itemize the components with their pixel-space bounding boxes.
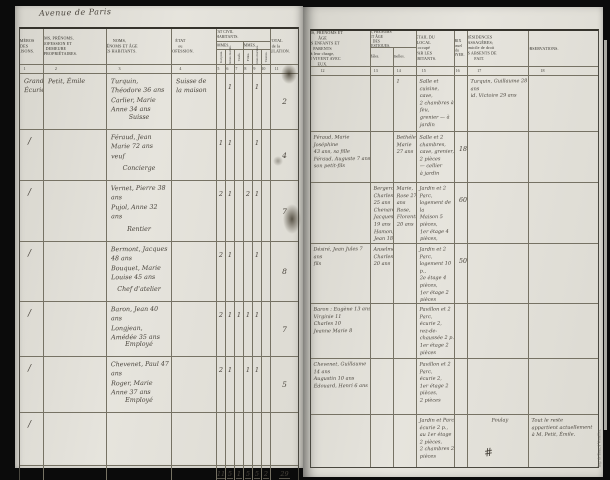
cell-habitants bbox=[107, 413, 172, 465]
col-num: 14 bbox=[394, 67, 417, 75]
cell-residences: Foulay # bbox=[468, 415, 529, 467]
ink-stain bbox=[273, 156, 283, 166]
cell-residences bbox=[468, 359, 529, 414]
header-sub-veufs: Veufs. bbox=[235, 50, 244, 64]
cell-mark bbox=[235, 242, 244, 301]
cell-proprietaire: Petit, Émile bbox=[44, 74, 107, 129]
cell-mark bbox=[235, 357, 244, 412]
cell-local: Jardin et Parc, écurie 2 p., au 1er étag… bbox=[417, 415, 455, 467]
cell-enfants: Baron : Eugène 13 ans Virginie 11 Charle… bbox=[311, 304, 371, 358]
cell-maison: / bbox=[20, 181, 44, 241]
cell-total: 7 bbox=[271, 302, 298, 356]
col-num: 2 bbox=[44, 65, 107, 73]
cell-habitants: Féraud, Jean Marie 72 ans veufConcierge bbox=[107, 130, 172, 180]
cell-mark: 1 bbox=[253, 357, 262, 412]
cell-habitants: Bermont, Jacques 48 ans Bouquet, Marie L… bbox=[107, 242, 172, 301]
cell-col-total: 11 bbox=[217, 466, 226, 480]
cell-proprietaire bbox=[44, 302, 107, 356]
cell-dom-femelles bbox=[394, 244, 417, 303]
cell-dom-males: Anselme, Charles 20 ans bbox=[371, 244, 394, 303]
col-num: 17 bbox=[468, 67, 529, 75]
cell-local: Pavillon et 2 Parc, écurie 2, 1er étage … bbox=[417, 359, 455, 414]
printer-imprint: Imp. de Beau, à Versailles. bbox=[597, 429, 601, 467]
cell-blank bbox=[44, 466, 107, 480]
cell-etat bbox=[172, 357, 217, 412]
cell-mark bbox=[262, 130, 271, 180]
cell-col-total: 5 bbox=[244, 466, 253, 480]
cell-enfants bbox=[311, 415, 371, 467]
cell-total bbox=[271, 413, 298, 465]
col-num: 10 bbox=[262, 65, 271, 73]
cell-residences bbox=[468, 132, 529, 182]
col-num: 6 bbox=[226, 65, 235, 73]
col-num: 3 bbox=[107, 65, 172, 73]
header-detail-local: DÉTAIL DU LOCAL occupé PAR LES HABITANTS… bbox=[417, 31, 455, 66]
header-enfants: NOMS, PRÉNOMS ET ÂGE DES ENFANTS ET PARE… bbox=[311, 31, 371, 66]
header-sub-veuves: Veuves. bbox=[262, 50, 270, 64]
cell-blank bbox=[20, 466, 44, 480]
cell-observations bbox=[529, 76, 598, 131]
cell-residences: Turquin, Guillaume 28 ans id. Victoire 2… bbox=[468, 76, 529, 131]
census-page-right: NOMS, PRÉNOMS ET ÂGE DES ENFANTS ET PARE… bbox=[303, 7, 603, 477]
cell-dom-femelles: 1 bbox=[394, 76, 417, 131]
header-row: NUMÉROS DES MAISONS. NOMS, PRÉNOMS, PROF… bbox=[20, 29, 298, 65]
cell-dom-males bbox=[371, 76, 394, 131]
cell-mark: 1 bbox=[253, 74, 262, 129]
cell-maison: / bbox=[20, 413, 44, 465]
cell-mark: 1 bbox=[253, 242, 262, 301]
cell-habitants: Turquin, Théodore 36 ans Carlier, Marie … bbox=[107, 74, 172, 129]
cell-maison: / bbox=[20, 302, 44, 356]
header-etat-profession: ÉTAT ou PROFESSION. bbox=[172, 29, 217, 64]
cell-loyer: 180 bbox=[455, 132, 468, 182]
header-residences: RÉSIDENCES PASSAGÈRES; domicile de droit… bbox=[468, 31, 529, 66]
column-numbers-row: 1 2 3 4 5 6 7 8 9 10 11 bbox=[20, 65, 298, 74]
cell-maison: / bbox=[20, 357, 44, 412]
cell-habitants: Chevenet, Paul 47 ans Roger, Marie Anne … bbox=[107, 357, 172, 412]
cell-loyer bbox=[455, 359, 468, 414]
census-row: / Vernet, Pierre 38 ans Pujol, Anne 32 a… bbox=[20, 181, 298, 242]
cell-dom-males bbox=[371, 132, 394, 182]
scanned-census-photo: Avenue de Paris NUMÉROS DES MAISONS. NOM… bbox=[0, 0, 610, 480]
col-num: 13 bbox=[371, 67, 394, 75]
cell-local: Jardin et 2 Parc, logement 10 p., 2e éta… bbox=[417, 244, 455, 303]
census-row: / Baron, Jean 40 ans Longjean, Amédée 35… bbox=[20, 302, 298, 357]
col-num: 4 bbox=[172, 65, 217, 73]
header-habitants: NOMS, PRÉNOMS ET ÂGE DES HABITANTS. bbox=[107, 29, 172, 64]
col-num: 12 bbox=[311, 67, 371, 75]
cell-mark: 1 bbox=[226, 130, 235, 180]
census-row: / bbox=[20, 413, 298, 466]
cell-total: 8 bbox=[271, 242, 298, 301]
col-num: 1 bbox=[20, 65, 44, 73]
cell-habitants: Baron, Jean 40 ans Longjean, Amédée 35 a… bbox=[107, 302, 172, 356]
cell-maison: / bbox=[20, 130, 44, 180]
cell-proprietaire bbox=[44, 242, 107, 301]
cell-proprietaire bbox=[44, 413, 107, 465]
cell-mark: 1 bbox=[253, 130, 262, 180]
cell-enfants bbox=[311, 183, 371, 243]
cell-mark bbox=[217, 413, 226, 465]
header-proprietaires: NOMS, PRÉNOMS, PROFESSION ET DEMEURE DES… bbox=[44, 29, 107, 64]
cell-proprietaire bbox=[44, 181, 107, 241]
cell-proprietaire bbox=[44, 130, 107, 180]
cell-mark: 1 bbox=[253, 302, 262, 356]
cell-enfants: Désiré, Jean Jules 7 ans fils bbox=[311, 244, 371, 303]
cell-mark bbox=[262, 74, 271, 129]
census-table-right: NOMS, PRÉNOMS ET ÂGE DES ENFANTS ET PARE… bbox=[310, 29, 599, 468]
cell-dom-femelles bbox=[394, 359, 417, 414]
cell-dom-femelles bbox=[394, 304, 417, 358]
cell-mark: 1 bbox=[226, 242, 235, 301]
cell-mark bbox=[217, 74, 226, 129]
cell-residences bbox=[468, 183, 529, 243]
cell-mark: 1 bbox=[226, 74, 235, 129]
cell-local: Salle et cuisine, cave, 2 chambres à feu… bbox=[417, 76, 455, 131]
cell-dom-males bbox=[371, 304, 394, 358]
census-row: Bergerol, Charles 25 ans Chenard, Jacque… bbox=[311, 183, 598, 244]
cell-mark: 1 bbox=[235, 302, 244, 356]
cell-mark bbox=[262, 302, 271, 356]
col-num: 15 bbox=[417, 67, 455, 75]
cell-etat bbox=[172, 413, 217, 465]
header-observations: OBSERVATIONS. bbox=[529, 31, 598, 66]
cell-proprietaire bbox=[44, 357, 107, 412]
cell-mark bbox=[235, 74, 244, 129]
cell-dom-femelles: Marie, Rose 27 ans Rose, Florentine 20 a… bbox=[394, 183, 417, 243]
cell-residences bbox=[468, 304, 529, 358]
cell-col-total: 2 bbox=[262, 466, 271, 480]
cell-mark bbox=[262, 242, 271, 301]
census-row: Baron : Eugène 13 ans Virginie 11 Charle… bbox=[311, 304, 598, 359]
cell-maison: / bbox=[20, 242, 44, 301]
col-num: 16 bbox=[455, 67, 468, 75]
cell-local: Jardin et 2 Parc, logement de la Maison … bbox=[417, 183, 455, 243]
header-domestiques: NOMS, PRÉNOMS ET ÂGE DES DOMESTIQUES. Mâ… bbox=[371, 31, 417, 66]
cell-dom-males bbox=[371, 415, 394, 467]
col-num: 7 bbox=[235, 65, 244, 73]
header-prix-loyer: PRIX annuel du LOYER. bbox=[455, 31, 468, 66]
census-table-left: NUMÉROS DES MAISONS. NOMS, PRÉNOMS, PROF… bbox=[19, 27, 299, 480]
cell-col-total: 1 bbox=[235, 466, 244, 480]
header-etat-civil: ÉTAT CIVIL DES HABITANTS. HOMMES. FEMMES… bbox=[217, 29, 271, 64]
census-row: Chevenet, Guillaume 14 ans Augustin 10 a… bbox=[311, 359, 598, 415]
column-numbers-row: 12 13 14 15 16 17 18 bbox=[311, 67, 598, 76]
cell-mark: 2 bbox=[244, 181, 253, 241]
cell-grand-total: 29 bbox=[271, 466, 298, 480]
cell-mark: 1 bbox=[244, 302, 253, 356]
cell-loyer: 600 bbox=[455, 183, 468, 243]
cell-mark: 1 bbox=[253, 181, 262, 241]
cell-observations bbox=[529, 244, 598, 303]
cell-col-total: 5 bbox=[253, 466, 262, 480]
header-dom-males: Mâles. bbox=[371, 48, 394, 66]
cell-observations bbox=[529, 359, 598, 414]
col-num: 9 bbox=[253, 65, 262, 73]
cell-dom-femelles: Bethélemy, Marie 27 ans bbox=[394, 132, 417, 182]
header-row: NOMS, PRÉNOMS ET ÂGE DES ENFANTS ET PARE… bbox=[311, 31, 598, 67]
cell-etat bbox=[172, 130, 217, 180]
cell-etat bbox=[172, 302, 217, 356]
header-maisons: NUMÉROS DES MAISONS. bbox=[20, 29, 44, 64]
cell-enfants bbox=[311, 76, 371, 131]
cell-mark bbox=[244, 74, 253, 129]
census-row: Grande Écurie Petit, Émile Turquin, Théo… bbox=[20, 74, 298, 130]
header-dom-femelles: Femelles. bbox=[394, 48, 416, 66]
next-page-edge bbox=[604, 40, 607, 430]
header-total: TOTAL de la POPULATION. bbox=[271, 29, 298, 64]
cell-mark: 2 bbox=[217, 242, 226, 301]
cell-mark bbox=[235, 181, 244, 241]
ink-stain bbox=[281, 64, 297, 84]
census-row: / Bermont, Jacques 48 ans Bouquet, Marie… bbox=[20, 242, 298, 302]
cell-mark bbox=[253, 413, 262, 465]
cell-observations bbox=[529, 183, 598, 243]
cell-loyer bbox=[455, 415, 468, 467]
cell-total: 5 bbox=[271, 357, 298, 412]
cell-mark bbox=[262, 357, 271, 412]
cell-mark: 1 bbox=[226, 357, 235, 412]
cell-observations bbox=[529, 304, 598, 358]
cell-mark bbox=[226, 413, 235, 465]
cell-local: Salle et 2 chambres, cave, grenier, 2 pi… bbox=[417, 132, 455, 182]
cell-observations: Tout le reste appartient actuellement à … bbox=[529, 415, 598, 467]
cell-dom-males: Bergerol, Charles 25 ans Chenard, Jacque… bbox=[371, 183, 394, 243]
census-row: 1 Salle et cuisine, cave, 2 chambres à f… bbox=[311, 76, 598, 132]
cell-dom-femelles bbox=[394, 415, 417, 467]
census-row: Féraud, Marie Joséphine 43 ans, sa fille… bbox=[311, 132, 598, 183]
cell-mark: 1 bbox=[226, 181, 235, 241]
col-num: 5 bbox=[217, 65, 226, 73]
cell-loyer bbox=[455, 76, 468, 131]
cell-blank bbox=[172, 466, 217, 480]
header-sub-filles: Filles. bbox=[244, 50, 253, 64]
header-sub-hommes-maries: Hommes mariés. bbox=[226, 50, 235, 64]
cell-total: 4 bbox=[271, 130, 298, 180]
totals-row: 11 5 1 5 5 2 29 bbox=[20, 466, 298, 480]
census-row: / Chevenet, Paul 47 ans Roger, Marie Ann… bbox=[20, 357, 298, 413]
cell-maison: Grande Écurie bbox=[20, 74, 44, 129]
cell-observations bbox=[529, 132, 598, 182]
cell-mark: 1 bbox=[217, 130, 226, 180]
cell-mark: 1 bbox=[226, 302, 235, 356]
cell-mark bbox=[235, 413, 244, 465]
col-num: 8 bbox=[244, 65, 253, 73]
cell-etat bbox=[172, 242, 217, 301]
cell-col-total: 5 bbox=[226, 466, 235, 480]
cell-mark bbox=[244, 242, 253, 301]
cell-mark: 2 bbox=[217, 181, 226, 241]
cell-enfants: Chevenet, Guillaume 14 ans Augustin 10 a… bbox=[311, 359, 371, 414]
cell-mark bbox=[235, 130, 244, 180]
cell-etat bbox=[172, 181, 217, 241]
cell-mark bbox=[262, 413, 271, 465]
cell-mark: 2 bbox=[217, 357, 226, 412]
header-sub-garcons: Garçons. bbox=[217, 50, 226, 64]
ink-stain bbox=[283, 204, 301, 234]
cell-dom-males bbox=[371, 359, 394, 414]
col-num: 18 bbox=[529, 67, 598, 75]
cell-mark: 2 bbox=[217, 302, 226, 356]
cell-enfants: Féraud, Marie Joséphine 43 ans, sa fille… bbox=[311, 132, 371, 182]
census-row: Jardin et Parc, écurie 2 p., au 1er étag… bbox=[311, 415, 598, 467]
header-sub-femmes-mariees: Femmes mariées. bbox=[253, 50, 262, 64]
cell-mark: 1 bbox=[244, 357, 253, 412]
cell-mark bbox=[262, 181, 271, 241]
cell-blank bbox=[107, 466, 172, 480]
census-row: / Féraud, Jean Marie 72 ans veufConcierg… bbox=[20, 130, 298, 181]
cell-mark bbox=[244, 130, 253, 180]
census-row: Désiré, Jean Jules 7 ans fils Anselme, C… bbox=[311, 244, 598, 304]
cell-local: Pavillon et 2 Parc, écurie 2, rez-de-cha… bbox=[417, 304, 455, 358]
cell-residences bbox=[468, 244, 529, 303]
paraph-mark: # bbox=[483, 445, 494, 459]
cell-loyer: 50 bbox=[455, 244, 468, 303]
cell-habitants: Vernet, Pierre 38 ans Pujol, Anne 32 ans… bbox=[107, 181, 172, 241]
census-page-left: Avenue de Paris NUMÉROS DES MAISONS. NOM… bbox=[15, 6, 303, 468]
street-caption: Avenue de Paris bbox=[39, 7, 112, 18]
cell-etat: Suisse de la maison bbox=[172, 74, 217, 129]
cell-mark bbox=[244, 413, 253, 465]
cell-loyer bbox=[455, 304, 468, 358]
